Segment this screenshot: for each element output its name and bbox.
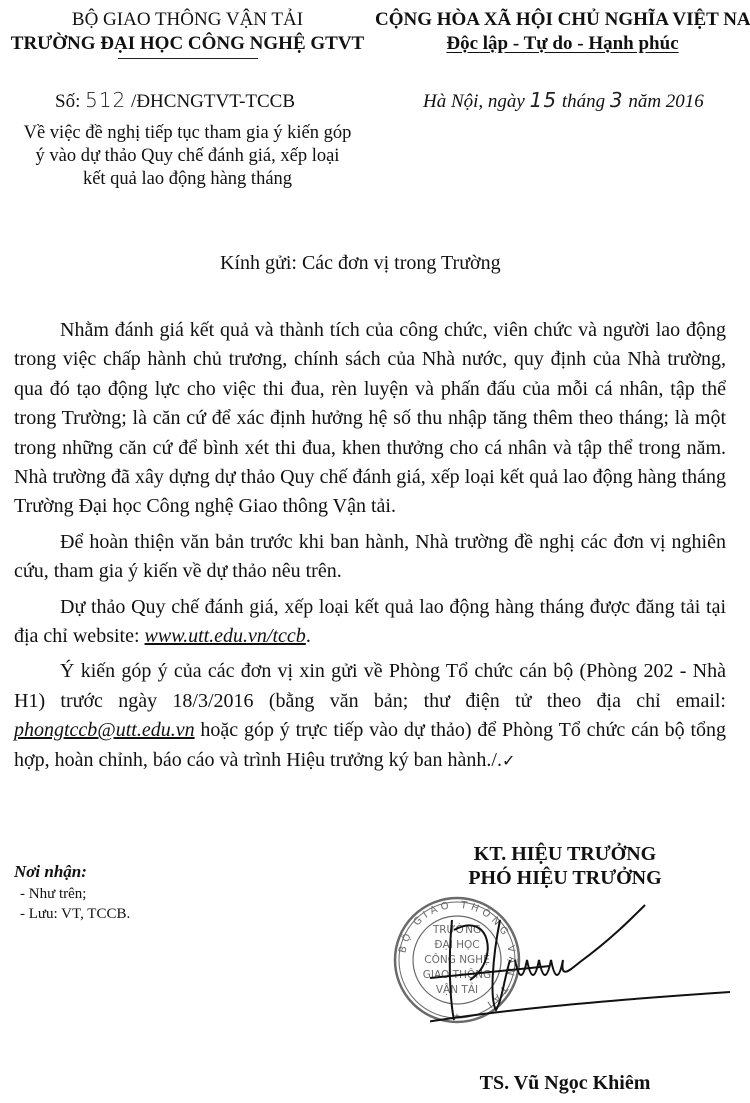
document-subject: Về việc đề nghị tiếp tục tham gia ý kiến… xyxy=(0,122,375,191)
reference-number: Số: 512 /ĐHCNGTVT-TCCB xyxy=(55,88,295,113)
body-text: Ý kiến góp ý của các đơn vị xin gửi về P… xyxy=(14,660,726,711)
university-name: TRƯỜNG ĐẠI HỌC CÔNG NGHỆ GTVT xyxy=(0,32,375,56)
body-paragraph: Nhằm đánh giá kết quả và thành tích của … xyxy=(14,316,726,522)
website-link[interactable]: www.utt.edu.vn/tccb xyxy=(145,625,306,647)
date-month: 3 xyxy=(610,88,624,112)
date-place: Hà Nội, ngày xyxy=(423,91,525,112)
signatory-title-line2: PHÓ HIỆU TRƯỞNG xyxy=(380,866,750,890)
signatory-title-line1: KT. HIỆU TRƯỞNG xyxy=(380,842,750,866)
handwritten-signature-icon xyxy=(430,900,750,1030)
national-header: CỘNG HÒA XÃ HỘI CHỦ NGHĨA VIỆT NAM Độc l… xyxy=(375,8,750,56)
recipients-item: - Lưu: VT, TCCB. xyxy=(20,906,130,923)
body-paragraph: Để hoàn thiện văn bản trước khi ban hành… xyxy=(14,528,726,587)
reference-handwritten-number: 512 xyxy=(85,88,126,112)
email-link[interactable]: phongtccb@utt.edu.vn xyxy=(14,719,195,741)
country-name: CỘNG HÒA XÃ HỘI CHỦ NGHĨA VIỆT NAM xyxy=(375,8,750,32)
date-month-label: tháng xyxy=(562,91,605,112)
subject-line: kết quả lao động hàng tháng xyxy=(0,168,375,191)
body-paragraph: Dự thảo Quy chế đánh giá, xếp loại kết q… xyxy=(14,593,726,652)
ministry-name: BỘ GIAO THÔNG VẬN TẢI xyxy=(0,8,375,32)
body-text: Dự thảo Quy chế đánh giá, xếp loại kết q… xyxy=(14,596,726,647)
recipients-title: Nơi nhận: xyxy=(14,862,87,882)
reference-suffix: /ĐHCNGTVT-TCCB xyxy=(131,91,295,112)
header-left-divider xyxy=(118,58,258,59)
document-body: Nhằm đánh giá kết quả và thành tích của … xyxy=(14,316,726,781)
addressee: Kính gửi: Các đơn vị trong Trường xyxy=(220,252,501,275)
signer-name: TS. Vũ Ngọc Khiêm xyxy=(380,1072,750,1095)
body-text: Để hoàn thiện văn bản trước khi ban hành… xyxy=(14,531,726,582)
date-day: 15 xyxy=(530,88,557,112)
document-date: Hà Nội, ngày 15 tháng 3 năm 2016 xyxy=(423,88,704,113)
signatory-title: KT. HIỆU TRƯỞNG PHÓ HIỆU TRƯỞNG xyxy=(380,842,750,890)
subject-line: Về việc đề nghị tiếp tục tham gia ý kiến… xyxy=(0,122,375,145)
recipients-item: - Như trên; xyxy=(20,886,86,903)
reference-prefix: Số: xyxy=(55,91,80,112)
date-year: năm 2016 xyxy=(628,91,703,112)
body-paragraph: Ý kiến góp ý của các đơn vị xin gửi về P… xyxy=(14,657,726,775)
university-name-text: TRƯỜNG ĐẠI HỌC CÔNG NGHỆ GTVT xyxy=(11,33,364,54)
national-motto: Độc lập - Tự do - Hạnh phúc xyxy=(375,32,750,56)
issuer-header: BỘ GIAO THÔNG VẬN TẢI TRƯỜNG ĐẠI HỌC CÔN… xyxy=(0,8,375,59)
initials-mark-icon: ✓ xyxy=(502,751,515,770)
body-text: . xyxy=(306,625,311,647)
subject-line: ý vào dự thảo Quy chế đánh giá, xếp loại xyxy=(0,145,375,168)
